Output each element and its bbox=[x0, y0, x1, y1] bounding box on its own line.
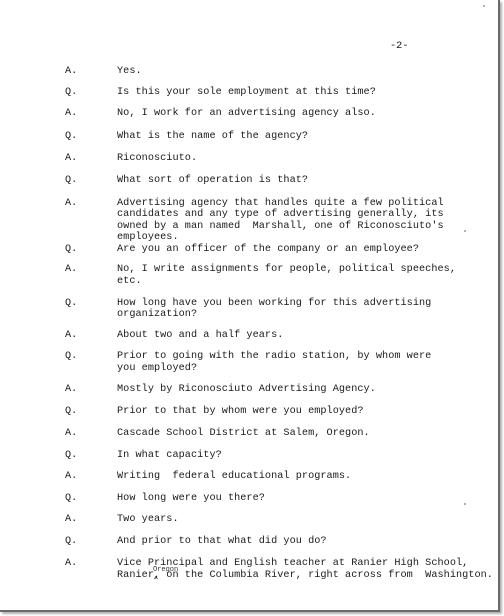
speaker-label: Q. bbox=[65, 298, 77, 309]
insertion-caret-icon: ^ bbox=[154, 575, 158, 584]
entry-text: No, I work for an advertising agency als… bbox=[117, 108, 376, 119]
entry-text: Are you an officer of the company or an … bbox=[117, 244, 419, 255]
entry-text: organization? bbox=[117, 309, 197, 320]
speaker-label: Q. bbox=[65, 351, 77, 362]
entry-text: employees. bbox=[117, 232, 179, 243]
speaker-label: A. bbox=[65, 330, 77, 341]
entry-text: And prior to that what did you do? bbox=[117, 536, 327, 547]
speaker-label: A. bbox=[65, 264, 77, 275]
scan-speck bbox=[464, 503, 466, 505]
scan-speck bbox=[483, 5, 485, 7]
handwritten-insertion: Oregon bbox=[153, 566, 178, 574]
speaker-label: A. bbox=[65, 428, 77, 439]
entry-text: About two and a half years. bbox=[117, 330, 283, 341]
entry-text: Cascade School District at Salem, Oregon… bbox=[117, 428, 370, 439]
entry-text: Yes. bbox=[117, 66, 142, 77]
speaker-label: Q. bbox=[65, 175, 77, 186]
speaker-label: Q. bbox=[65, 131, 77, 142]
entry-text: Riconosciuto. bbox=[117, 153, 197, 164]
speaker-label: A. bbox=[65, 108, 77, 119]
entry-text: owned by a man named Marshall, one of Ri… bbox=[117, 221, 444, 232]
scan-speck bbox=[464, 230, 466, 232]
speaker-label: Q. bbox=[65, 244, 77, 255]
entry-text: What is the name of the agency? bbox=[117, 131, 308, 142]
entry-text: Prior to going with the radio station, b… bbox=[117, 351, 431, 362]
speaker-label: A. bbox=[65, 514, 77, 525]
entry-text: etc. bbox=[117, 276, 142, 287]
page-number: -2- bbox=[390, 41, 409, 52]
entry-text: In what capacity? bbox=[117, 450, 222, 461]
entry-text: you employed? bbox=[117, 363, 197, 374]
entry-text: What sort of operation is that? bbox=[117, 175, 308, 186]
speaker-label: Q. bbox=[65, 450, 77, 461]
entry-text: How long were you there? bbox=[117, 493, 265, 504]
speaker-label: Q. bbox=[65, 87, 77, 98]
entry-text: Is this your sole employment at this tim… bbox=[117, 87, 376, 98]
entry-text: How long have you been working for this … bbox=[117, 298, 431, 309]
entry-text: candidates and any type of advertising g… bbox=[117, 209, 444, 220]
document-page: -2- A. Yes. Q. Is this your sole employm… bbox=[0, 0, 500, 612]
entry-text: Advertising agency that handles quite a … bbox=[117, 198, 444, 209]
speaker-label: A. bbox=[65, 471, 77, 482]
entry-text: Two years. bbox=[117, 514, 179, 525]
speaker-label: A. bbox=[65, 153, 77, 164]
speaker-label: A. bbox=[65, 66, 77, 77]
speaker-label: A. bbox=[65, 558, 77, 569]
entry-text: No, I write assignments for people, poli… bbox=[117, 264, 456, 275]
entry-text: Writing federal educational programs. bbox=[117, 471, 351, 482]
entry-text: Mostly by Riconosciuto Advertising Agenc… bbox=[117, 384, 376, 395]
entry-text: Prior to that by whom were you employed? bbox=[117, 406, 364, 417]
speaker-label: A. bbox=[65, 198, 77, 209]
speaker-label: A. bbox=[65, 384, 77, 395]
speaker-label: Q. bbox=[65, 406, 77, 417]
speaker-label: Q. bbox=[65, 493, 77, 504]
speaker-label: Q. bbox=[65, 536, 77, 547]
